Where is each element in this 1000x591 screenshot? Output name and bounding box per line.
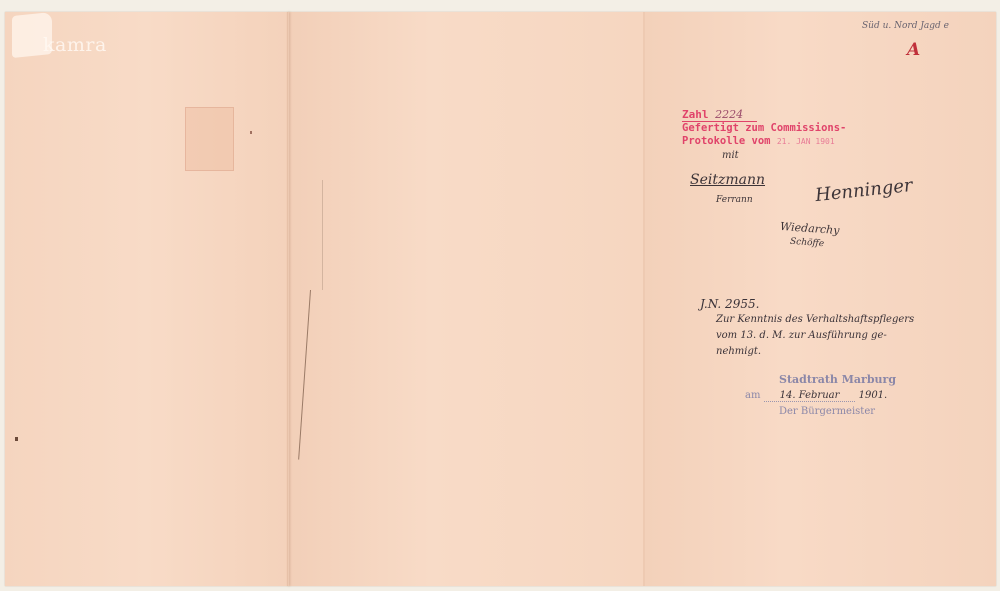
pencil-mark xyxy=(322,180,323,290)
top-note: Süd u. Nord Jagd e xyxy=(862,21,949,31)
note-line: vom 13. d. M. zur Ausführung ge- xyxy=(700,328,914,344)
kamra-watermark: kamra xyxy=(10,12,120,58)
note-line: Zur Kenntnis des Verhaltshaftspflegers xyxy=(700,312,914,328)
city-council-stamp: Stadtrath Marburg am 14. Februar 1901. D… xyxy=(745,372,896,420)
signature: mit xyxy=(722,150,739,161)
stamp-date: 14. Februar xyxy=(764,390,856,402)
faded-stamp-mark xyxy=(185,107,234,171)
stamp-year: 1901. xyxy=(859,390,888,401)
ink-dot xyxy=(15,437,18,441)
commission-stamp: Zahl 2224 Gefertigt zum Commissions- Pro… xyxy=(682,108,846,148)
zahl-number: 2224 xyxy=(715,108,743,121)
middle-panel xyxy=(288,12,645,586)
zahl-label: Zahl xyxy=(682,108,709,121)
note-line: nehmigt. xyxy=(700,344,914,360)
fold-line xyxy=(643,12,645,586)
zahl-row: Zahl 2224 xyxy=(682,108,757,122)
note-reference: J.N. 2955. xyxy=(700,296,914,312)
watermark-text: kamra xyxy=(43,34,107,56)
fold-line xyxy=(287,12,289,586)
corner-letter: A xyxy=(907,40,920,60)
stamp-line-1: Gefertigt zum Commissions- xyxy=(682,122,846,135)
signature: Ferrann xyxy=(716,195,753,205)
left-panel xyxy=(5,12,288,586)
stamp-line-2: Protokolle vom 21. JAN 1901 xyxy=(682,135,846,148)
stamp-office: Der Bürgermeister xyxy=(745,404,896,420)
ink-dot xyxy=(250,131,252,134)
signature: Seitzmann xyxy=(690,172,765,188)
handwritten-note: J.N. 2955. Zur Kenntnis des Verhaltshaft… xyxy=(700,296,914,360)
stamp-date: 21. JAN 1901 xyxy=(777,137,835,146)
stamp-title: Stadtrath Marburg xyxy=(745,372,896,388)
stamp-date-row: am 14. Februar 1901. xyxy=(745,388,896,404)
